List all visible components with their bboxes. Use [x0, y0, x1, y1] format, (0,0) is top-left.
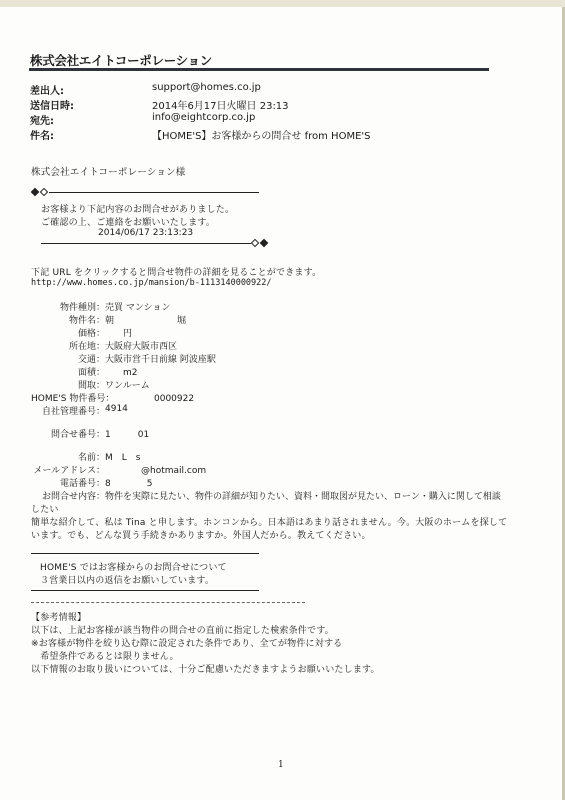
price-label: 価格： [78, 326, 105, 339]
company-title: 株式会社エイトコーポレーション [30, 51, 212, 69]
homes-property-number-value: 0000922 [118, 391, 194, 404]
filled-diamond-icon [260, 239, 268, 247]
header-sent-label: 送信日時: [30, 97, 74, 112]
property-name-value: 朝 堀 [105, 313, 186, 326]
page-number: 1 [278, 760, 284, 770]
layout-label: 間取： [78, 378, 105, 391]
homes-property-number-label: HOME'S 物件番号： [31, 391, 114, 404]
reference-line-3: 希望条件であるとは限りません。 [31, 649, 179, 662]
name-value: M L s [105, 450, 140, 463]
salutation: 株式会社エイトコーポレーション様 [31, 164, 185, 178]
internal-id-label: 自社管理番号： [42, 404, 105, 417]
notice-top-rule [49, 192, 259, 193]
notice-line-1: お客様より下記内容のお問合せがありました。 [41, 202, 234, 215]
url-intro: 下記 URL をクリックすると問合せ物件の詳細を見ることができます。 [31, 265, 321, 278]
inquiry-number-value: 1 01 [105, 427, 149, 440]
header-rule [29, 68, 489, 71]
header-subject-label: 件名: [30, 127, 54, 142]
inquiry-content-label: お問合せ内容： [42, 489, 105, 502]
property-type-value: 売買 マンション [105, 300, 170, 313]
header-to-label: 宛先: [30, 112, 54, 127]
price-value: 円 [105, 326, 132, 339]
notice-timestamp: 2014/06/17 23:13:23 [98, 228, 193, 238]
area-label: 面積： [78, 365, 105, 378]
header-sent-value: 2014年6月17日火曜日 23:13 [152, 97, 289, 112]
header-to-value: info@eightcorp.co.jp [152, 112, 255, 123]
phone-label: 電話番号： [60, 476, 105, 489]
area-value: m2 [105, 365, 138, 378]
header-subject-value: 【HOME'S】お客様からの問合せ from HOME'S [152, 127, 371, 142]
dashed-separator [31, 602, 305, 603]
filled-diamond-icon [31, 188, 39, 196]
property-type-label: 物件種別： [60, 300, 105, 313]
inquiry-number-label: 問合せ番号： [51, 427, 105, 440]
transit-label: 交通： [78, 352, 105, 365]
notice-line-2: ご確認の上、ご連絡をお願いいたします。 [41, 215, 215, 228]
property-url-link[interactable]: http://www.homes.co.jp/mansion/b-1113140… [31, 278, 272, 288]
inquiry-content-value: 物件を実際に見たい、物件の詳細が知りたい、資料・間取図が見たい、ローン・購入に関… [105, 489, 501, 502]
location-label: 所在地： [69, 339, 105, 352]
email-label: メールアドレス： [33, 463, 105, 476]
reference-line-1: 以下は、上記お客様が該当物件の問合せの直前に指定した検索条件です。 [31, 623, 334, 636]
name-label: 名前： [78, 450, 105, 463]
homes-notice-top-rule [31, 553, 259, 554]
homes-notice-line-2: ３営業日以内の返信をお願いしています。 [40, 573, 214, 586]
reference-heading: 【参考情報】 [31, 610, 86, 623]
property-name-label: 物件名： [69, 313, 105, 326]
homes-notice-line-1: HOME'S ではお客様からのお問合せについて [40, 560, 227, 573]
location-value: 大阪府大阪市西区 [105, 339, 177, 352]
scan-top-edge [0, 0, 565, 7]
open-diamond-icon [40, 188, 48, 196]
notice-bottom-rule [41, 243, 251, 244]
header-from-label: 差出人: [30, 82, 64, 97]
inquiry-content-continued: したい [31, 502, 59, 515]
message-line-2: います。でも、どんな買う手続きかありますか。外国人だから。教えてください。 [31, 528, 371, 541]
reference-line-4: 以下情報のお取り扱いについては、十分ご配慮いただきますようお願いいたします。 [31, 662, 380, 675]
email-value: @hotmail.com [105, 463, 206, 476]
message-line-1: 簡単な紹介して、私は Tina と申します。ホンコンから。日本語はあまり話されま… [31, 515, 507, 528]
phone-value: 8 5 [105, 476, 152, 489]
homes-notice-bottom-rule [31, 590, 259, 591]
open-diamond-icon [251, 239, 259, 247]
layout-value: ワンルーム [105, 378, 150, 391]
reference-line-2: ※お客様が物件を絞り込む際に設定された条件であり、全てが物件に対する [31, 636, 342, 649]
internal-id-value: 4914 [105, 404, 128, 414]
transit-value: 大阪市営千日前線 阿波座駅 [105, 352, 216, 365]
header-from-value: support@homes.co.jp [152, 82, 261, 93]
